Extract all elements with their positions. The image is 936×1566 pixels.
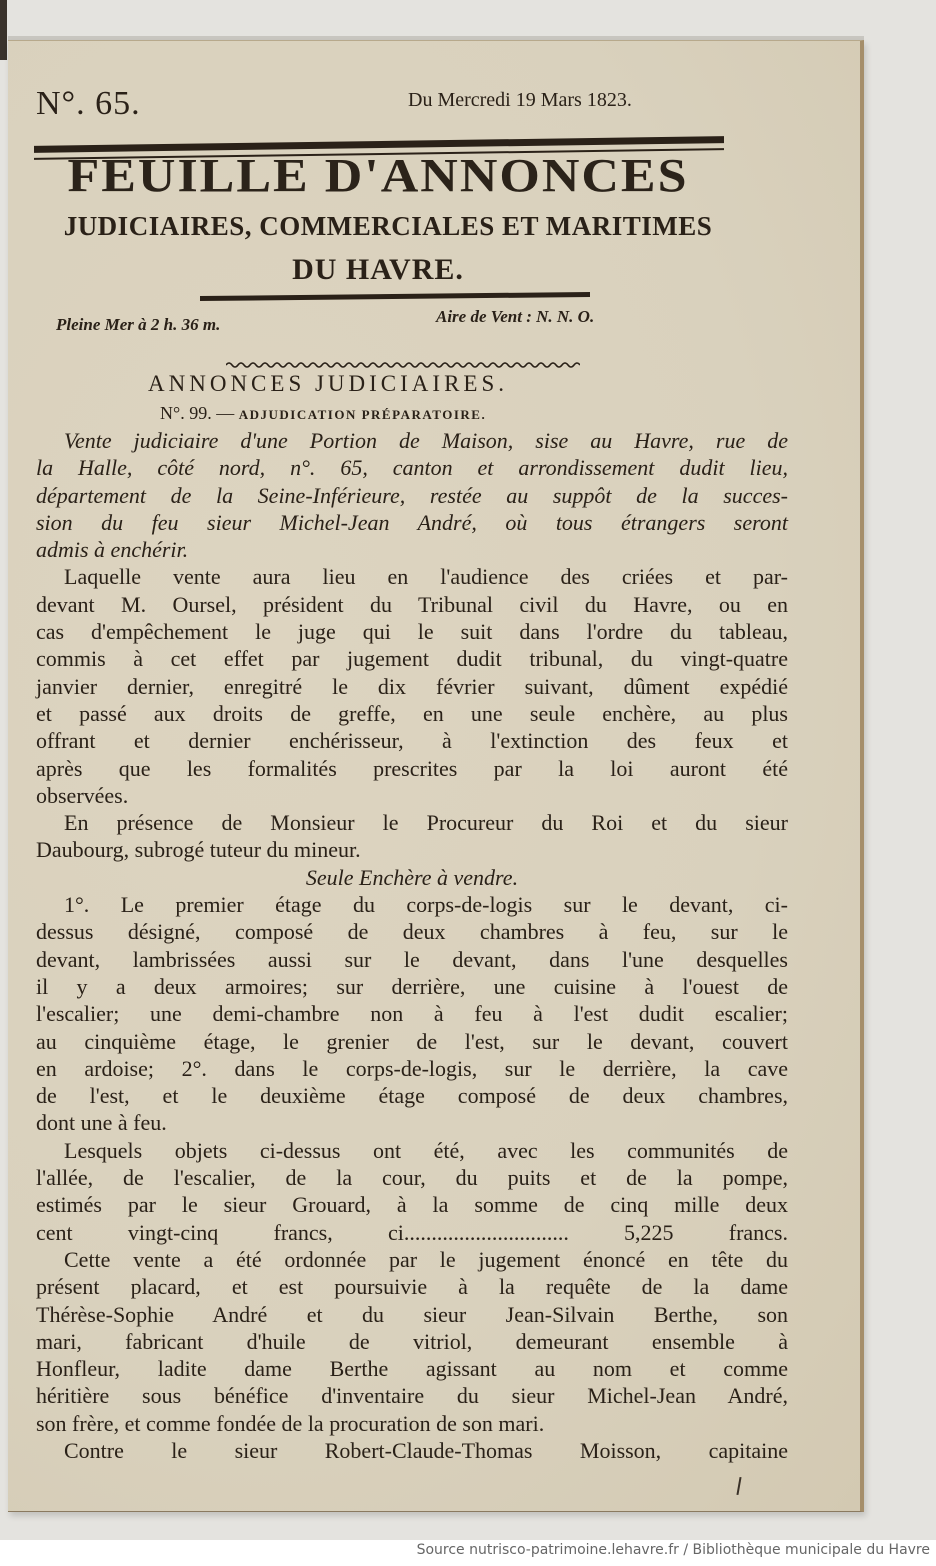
issue-number: N°. 65. xyxy=(36,85,141,123)
wind-info: Aire de Vent : N. N. O. xyxy=(436,307,594,327)
binding-edge xyxy=(0,0,7,60)
body-line: Lesquels objets ci-dessus ont été, avec … xyxy=(36,1137,788,1164)
page-content: N°. 65. Du Mercredi 19 Mars 1823. FEUILL… xyxy=(8,41,860,1511)
body-line: offrant et dernier enchérisseur, à l'ext… xyxy=(36,727,788,754)
body-line: cas d'empêchement le juge qui le suit da… xyxy=(36,618,788,645)
body-line: Vente judiciaire d'une Portion de Maison… xyxy=(36,427,788,454)
entry-heading: N°. 99. — ADJUDICATION PRÉPARATOIRE. xyxy=(160,403,486,424)
body-line: devant, lambrissées aussi sur le devant,… xyxy=(36,946,788,973)
body-line: sion du feu sieur Michel-Jean André, où … xyxy=(36,509,788,536)
body-line: 1°. Le premier étage du corps-de-logis s… xyxy=(36,891,788,918)
body-line: devant M. Oursel, président du Tribunal … xyxy=(36,591,788,618)
body-line: et passé aux droits de greffe, en une se… xyxy=(36,700,788,727)
body-line: en ardoise; 2°. dans le corps-de-logis, … xyxy=(36,1055,788,1082)
body-line: la Halle, côté nord, n°. 65, canton et a… xyxy=(36,454,788,481)
masthead-rule-bottom xyxy=(200,292,590,301)
body-line: cent vingt-cinq francs, ci..............… xyxy=(36,1219,788,1246)
section-title: ANNONCES JUDICIAIRES. xyxy=(148,371,508,397)
body-line: En présence de Monsieur le Procureur du … xyxy=(36,809,788,836)
body-line: après que les formalités prescrites par … xyxy=(36,755,788,782)
body-line: observées. xyxy=(36,782,788,809)
source-credit: Source nutrisco-patrimoine.lehavre.fr / … xyxy=(417,1542,930,1558)
entry-type: ADJUDICATION PRÉPARATOIRE. xyxy=(239,407,487,422)
body-line: Laquelle vente aura lieu en l'audience d… xyxy=(36,563,788,590)
body-line: au cinquième étage, le grenier de l'est,… xyxy=(36,1028,788,1055)
body-line: Thérèse-Sophie André et du sieur Jean-Si… xyxy=(36,1301,788,1328)
newspaper-page: N°. 65. Du Mercredi 19 Mars 1823. FEUILL… xyxy=(8,40,864,1512)
body-line: dont une à feu. xyxy=(36,1109,788,1136)
entry-number: N°. 99. xyxy=(160,403,212,423)
body-line: admis à enchérir. xyxy=(36,536,788,563)
body-line: de l'est, et le deuxième étage composé d… xyxy=(36,1082,788,1109)
body-line: il y a deux armoires; sur derrière, une … xyxy=(36,973,788,1000)
article-body: Vente judiciaire d'une Portion de Maison… xyxy=(36,427,788,1464)
body-line: l'escalier; une demi-chambre non à feu à… xyxy=(36,1000,788,1027)
body-line: janvier dernier, enregitré le dix févrie… xyxy=(36,673,788,700)
body-line: Daubourg, subrogé tuteur du mineur. xyxy=(36,836,788,863)
body-line: son frère, et comme fondée de la procura… xyxy=(36,1410,788,1437)
body-line: dessus désigné, composé de deux chambres… xyxy=(36,918,788,945)
newspaper-subtitle-city: DU HAVRE. xyxy=(38,253,718,287)
body-line: l'allée, de l'escalier, de la cour, du p… xyxy=(36,1164,788,1191)
ink-mark xyxy=(736,1477,741,1495)
newspaper-title: FEUILLE D'ANNONCES xyxy=(38,149,718,203)
entry-dash: — xyxy=(212,403,239,423)
newspaper-subtitle: JUDICIAIRES, COMMERCIALES ET MARITIMES xyxy=(28,211,748,242)
body-line: département de la Seine-Inférieure, rest… xyxy=(36,482,788,509)
issue-date: Du Mercredi 19 Mars 1823. xyxy=(408,89,632,112)
body-line: Contre le sieur Robert-Claude-Thomas Moi… xyxy=(36,1437,788,1464)
body-line: mari, fabricant d'huile de vitriol, deme… xyxy=(36,1328,788,1355)
body-line: présent placard, et est poursuivie à la … xyxy=(36,1273,788,1300)
body-line: Cette vente a été ordonnée par le jugeme… xyxy=(36,1246,788,1273)
body-line: Honfleur, ladite dame Berthe agissant au… xyxy=(36,1355,788,1382)
body-line: héritière sous bénéfice d'inventaire du … xyxy=(36,1382,788,1409)
body-line: commis à cet effet par jugement dudit tr… xyxy=(36,645,788,672)
wavy-divider-icon xyxy=(226,361,580,369)
body-line: estimés par le sieur Grouard, à la somme… xyxy=(36,1191,788,1218)
tide-info: Pleine Mer à 2 h. 36 m. xyxy=(56,315,220,335)
body-line: Seule Enchère à vendre. xyxy=(36,864,788,891)
